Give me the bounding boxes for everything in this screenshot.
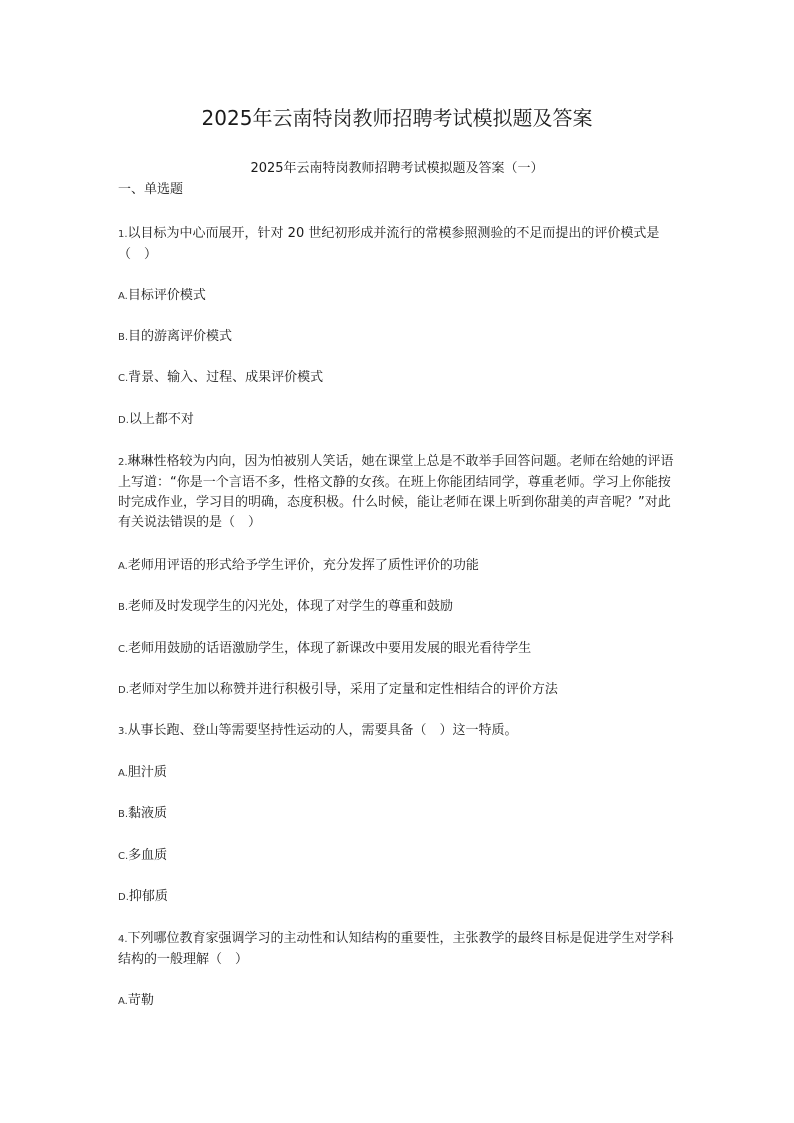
question-1-option-b: B.目的游离评价模式 <box>118 327 678 348</box>
question-3-option-d: D.抑郁质 <box>118 887 678 908</box>
question-2-option-c: C.老师用鼓励的话语激励学生，体现了新课改中要用发展的眼光看待学生 <box>118 639 678 660</box>
option-text: 黏液质 <box>128 806 167 821</box>
option-label: B. <box>118 602 128 613</box>
question-4: 4.下列哪位教育家强调学习的主动性和认知结构的重要性，主张教学的最终目标是促进学… <box>118 929 678 970</box>
option-label: C. <box>118 851 128 862</box>
option-label: D. <box>118 415 129 426</box>
question-1: 1.以目标为中心而展开，针对 20 世纪初形成并流行的常模参照测验的不足而提出的… <box>118 224 678 265</box>
question-text: 以目标为中心而展开，针对 20 世纪初形成并流行的常模参照测验的不足而提出的评价… <box>118 226 659 262</box>
option-label: D. <box>118 892 129 903</box>
question-text: 下列哪位教育家强调学习的主动性和认知结构的重要性，主张教学的最终目标是促进学生对… <box>118 931 674 967</box>
option-label: C. <box>118 644 128 655</box>
option-label: A. <box>118 561 128 572</box>
section-heading: 一、单选题 <box>118 181 183 199</box>
option-text: 背景、输入、过程、成果评价模式 <box>128 370 323 385</box>
option-label: B. <box>118 809 128 820</box>
question-text: 从事长跑、登山等需要坚持性运动的人，需要具备（ ）这一特质。 <box>128 723 518 738</box>
question-1-option-d: D.以上都不对 <box>118 410 678 431</box>
option-label: A. <box>118 996 128 1007</box>
option-label: C. <box>118 373 128 384</box>
option-label: A. <box>118 768 128 779</box>
option-text: 老师对学生加以称赞并进行积极引导，采用了定量和定性相结合的评价方法 <box>129 682 558 697</box>
question-number: 1. <box>118 229 128 240</box>
question-number: 2. <box>118 457 128 468</box>
question-3: 3.从事长跑、登山等需要坚持性运动的人，需要具备（ ）这一特质。 <box>118 721 678 742</box>
question-3-option-b: B.黏液质 <box>118 804 678 825</box>
option-text: 目的游离评价模式 <box>128 329 232 344</box>
option-text: 多血质 <box>128 848 167 863</box>
option-text: 老师用评语的形式给予学生评价，充分发挥了质性评价的功能 <box>128 558 479 573</box>
option-label: A. <box>118 291 128 302</box>
option-text: 抑郁质 <box>129 889 168 904</box>
option-label: D. <box>118 685 129 696</box>
option-text: 老师及时发现学生的闪光处，体现了对学生的尊重和鼓励 <box>128 599 453 614</box>
question-1-option-c: C.背景、输入、过程、成果评价模式 <box>118 368 678 389</box>
option-text: 老师用鼓励的话语激励学生，体现了新课改中要用发展的眼光看待学生 <box>128 641 531 656</box>
option-text: 胆汁质 <box>128 765 167 780</box>
question-2-option-a: A.老师用评语的形式给予学生评价，充分发挥了质性评价的功能 <box>118 556 678 577</box>
document-title: 2025年云南特岗教师招聘考试模拟题及答案 <box>0 105 794 131</box>
question-1-option-a: A.目标评价模式 <box>118 286 678 307</box>
option-text: 目标评价模式 <box>128 288 206 303</box>
option-text: 苛勒 <box>128 993 154 1008</box>
document-subtitle: 2025年云南特岗教师招聘考试模拟题及答案（一） <box>0 160 794 178</box>
question-4-option-a: A.苛勒 <box>118 991 678 1012</box>
question-3-option-a: A.胆汁质 <box>118 763 678 784</box>
question-2-option-d: D.老师对学生加以称赞并进行积极引导，采用了定量和定性相结合的评价方法 <box>118 680 678 701</box>
question-2: 2.琳琳性格较为内向，因为怕被别人笑话，她在课堂上总是不敢举手回答问题。老师在给… <box>118 452 678 533</box>
question-text: 琳琳性格较为内向，因为怕被别人笑话，她在课堂上总是不敢举手回答问题。老师在给她的… <box>118 454 674 530</box>
question-2-option-b: B.老师及时发现学生的闪光处，体现了对学生的尊重和鼓励 <box>118 597 678 618</box>
question-number: 3. <box>118 726 128 737</box>
question-3-option-c: C.多血质 <box>118 846 678 867</box>
option-text: 以上都不对 <box>129 412 194 427</box>
document-page: 2025年云南特岗教师招聘考试模拟题及答案 2025年云南特岗教师招聘考试模拟题… <box>0 0 794 1123</box>
option-label: B. <box>118 332 128 343</box>
question-number: 4. <box>118 934 128 945</box>
